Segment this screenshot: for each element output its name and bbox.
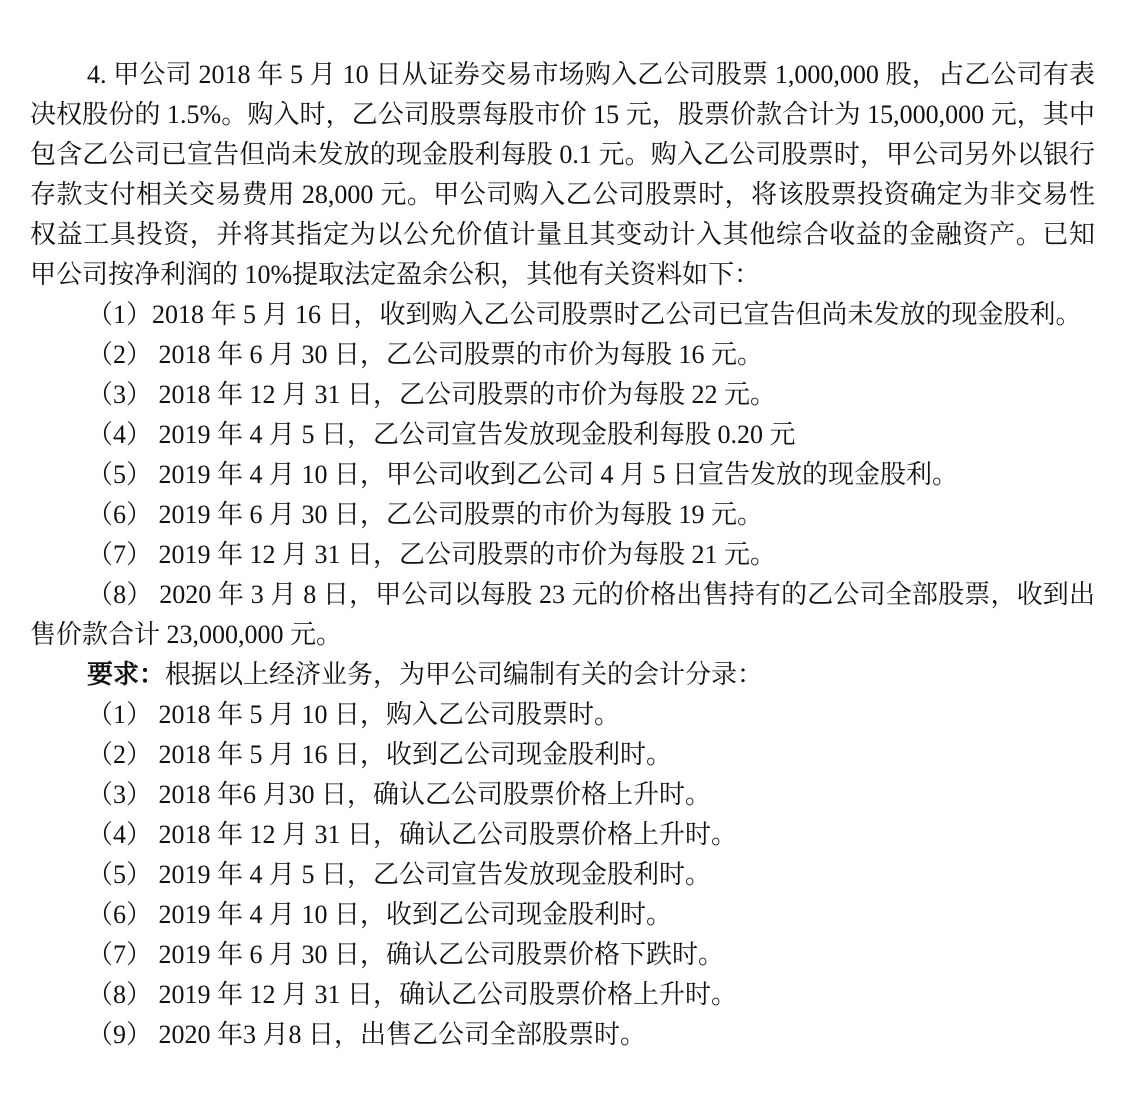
fact-item-8: （8） 2020 年 3 月 8 日，甲公司以每股 23 元的价格出售持有的乙公… xyxy=(30,575,1095,655)
document-page: 4. 甲公司 2018 年 5 月 10 日从证券交易市场购入乙公司股票 1,0… xyxy=(0,0,1125,1108)
task-item-6: （6） 2019 年 4 月 10 日，收到乙公司现金股利时。 xyxy=(30,895,1095,935)
task-item-7: （7） 2019 年 6 月 30 日，确认乙公司股票价格下跌时。 xyxy=(30,935,1095,975)
fact-item-1: （1）2018 年 5 月 16 日，收到购入乙公司股票时乙公司已宣告但尚未发放… xyxy=(30,295,1095,335)
requirement-line: 要求：根据以上经济业务，为甲公司编制有关的会计分录： xyxy=(30,655,1095,695)
task-item-5: （5） 2019 年 4 月 5 日，乙公司宣告发放现金股利时。 xyxy=(30,855,1095,895)
requirement-text: 根据以上经济业务，为甲公司编制有关的会计分录： xyxy=(165,660,763,689)
requirement-label: 要求： xyxy=(87,660,165,689)
task-item-4: （4） 2018 年 12 月 31 日，确认乙公司股票价格上升时。 xyxy=(30,815,1095,855)
task-item-3: （3） 2018 年6 月30 日，确认乙公司股票价格上升时。 xyxy=(30,775,1095,815)
fact-item-7: （7） 2019 年 12 月 31 日，乙公司股票的市价为每股 21 元。 xyxy=(30,535,1095,575)
fact-item-3: （3） 2018 年 12 月 31 日，乙公司股票的市价为每股 22 元。 xyxy=(30,375,1095,415)
fact-item-4: （4） 2019 年 4 月 5 日，乙公司宣告发放现金股利每股 0.20 元 xyxy=(30,415,1095,455)
task-item-2: （2） 2018 年 5 月 16 日，收到乙公司现金股利时。 xyxy=(30,735,1095,775)
fact-item-2: （2） 2018 年 6 月 30 日，乙公司股票的市价为每股 16 元。 xyxy=(30,335,1095,375)
problem-statement: 4. 甲公司 2018 年 5 月 10 日从证券交易市场购入乙公司股票 1,0… xyxy=(30,55,1095,295)
task-item-9: （9） 2020 年3 月8 日，出售乙公司全部股票时。 xyxy=(30,1015,1095,1055)
task-item-8: （8） 2019 年 12 月 31 日，确认乙公司股票价格上升时。 xyxy=(30,975,1095,1015)
fact-item-5: （5） 2019 年 4 月 10 日，甲公司收到乙公司 4 月 5 日宣告发放… xyxy=(30,455,1095,495)
fact-item-6: （6） 2019 年 6 月 30 日，乙公司股票的市价为每股 19 元。 xyxy=(30,495,1095,535)
task-item-1: （1） 2018 年 5 月 10 日，购入乙公司股票时。 xyxy=(30,695,1095,735)
